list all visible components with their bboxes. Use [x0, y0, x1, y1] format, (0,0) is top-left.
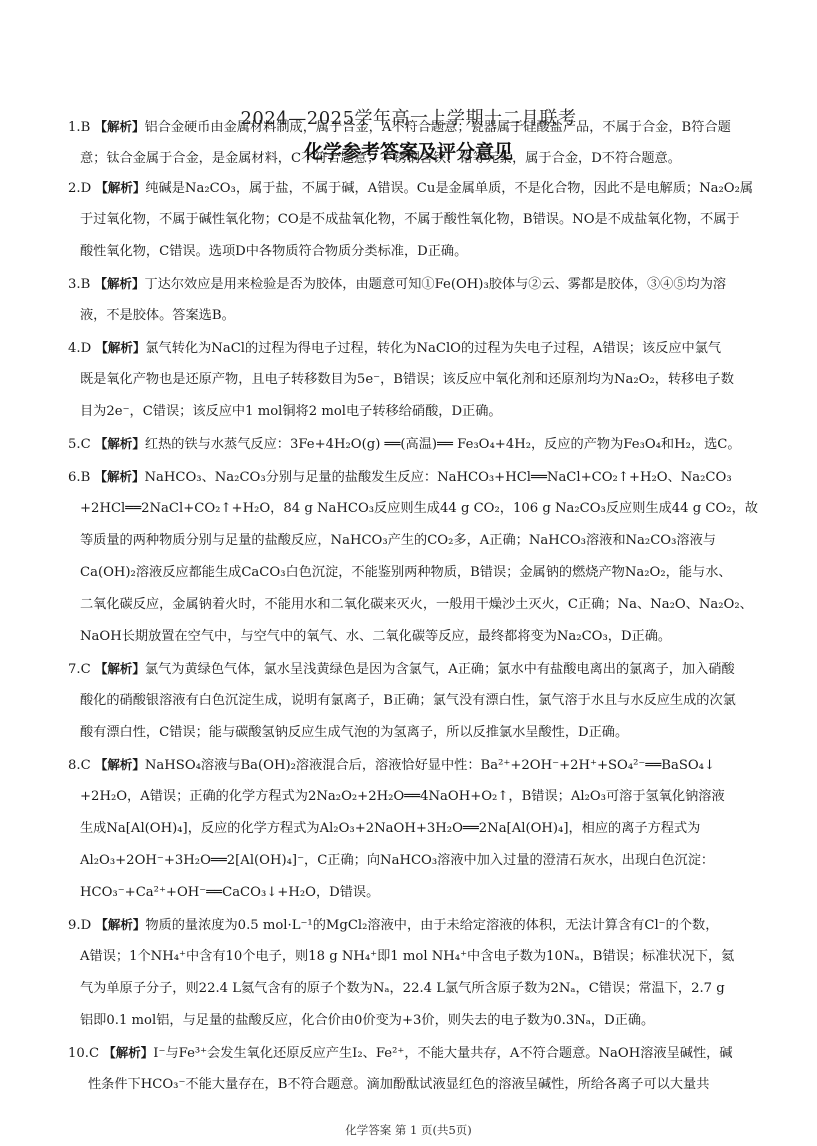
- answer-number: 7.C: [68, 662, 95, 677]
- analysis-tag: 【解析】: [94, 276, 144, 291]
- answer-text: 红热的铁与水蒸气反应：3Fe+4H₂O(g) ══(高温)══ Fe₃O₄+4H…: [145, 437, 741, 452]
- answer-text: +2HCl══2NaCl+CO₂↑+H₂O，84 g NaHCO₃反应则生成44…: [80, 501, 758, 516]
- answer-line: 于过氧化物，不属于碱性氧化物；CO是不成盐氧化物，不属于酸性氧化物，B错误。NO…: [80, 211, 740, 229]
- answer-text: +2H₂O，A错误；正确的化学方程式为2Na₂O₂+2H₂O══4NaOH+O₂…: [80, 789, 725, 804]
- answer-text: 气为单原子分子，则22.4 L氦气含有的原子个数为Nₐ，22.4 L氯气所含原子…: [80, 981, 725, 996]
- analysis-tag: 【解析】: [95, 180, 145, 195]
- answer-text: 铝即0.1 mol铝，与足量的盐酸反应，化合价由0价变为+3价，则失去的电子数为…: [80, 1013, 654, 1028]
- answer-line: +2H₂O，A错误；正确的化学方程式为2Na₂O₂+2H₂O══4NaOH+O₂…: [80, 788, 725, 806]
- answer-line: 酸化的硝酸银溶液有白色沉淀生成，说明有氯离子，B正确；氯气没有漂白性，氯气溶于水…: [80, 692, 736, 710]
- analysis-tag: 【解析】: [95, 436, 145, 451]
- answer-text: 液，不是胶体。答案选B。: [80, 308, 235, 323]
- answer-text: 氯气转化为NaCl的过程为得电子过程，转化为NaClO的过程为失电子过程，A错误…: [145, 341, 721, 356]
- answer-number: 6.B: [68, 470, 94, 485]
- analysis-tag: 【解析】: [94, 119, 144, 134]
- analysis-tag: 【解析】: [95, 340, 145, 355]
- answer-number: 1.B: [68, 120, 94, 135]
- answer-line: 既是氧化产物也是还原产物，且电子转移数目为5e⁻，B错误；该反应中氧化剂和还原剂…: [80, 371, 734, 389]
- answer-text: 生成Na[Al(OH)₄]，反应的化学方程式为Al₂O₃+2NaOH+3H₂O═…: [80, 821, 700, 836]
- answer-text: NaOH长期放置在空气中，与空气中的氧气、水、二氧化碳等反应，最终都将变为Na₂…: [80, 629, 671, 644]
- answer-line: 性条件下HCO₃⁻不能大量存在，B不符合题意。滴加酚酞试液显红色的溶液呈碱性，所…: [88, 1076, 709, 1094]
- answer-item-8C: 8.C 【解析】NaHSO₄溶液与Ba(OH)₂溶液混合后，溶液恰好显中性：Ba…: [68, 756, 715, 775]
- answer-item-5C: 5.C 【解析】红热的铁与水蒸气反应：3Fe+4H₂O(g) ══(高温)══ …: [68, 435, 741, 454]
- answer-line: 意；钛合金属于合金，是金属材料，C不符合题意；不锈钢含铁、铬等元素，属于合金，D…: [80, 150, 681, 168]
- answer-text: Ca(OH)₂溶液反应都能生成CaCO₃白色沉淀，不能鉴别两种物质，B错误；金属…: [80, 565, 732, 580]
- answer-text: HCO₃⁻+Ca²⁺+OH⁻══CaCO₃↓+H₂O，D错误。: [80, 885, 379, 900]
- page-footer: 化学答案 第 1 页(共5页): [0, 1122, 817, 1138]
- answer-text: 二氧化碳反应，金属钠着火时，不能用水和二氧化碳来灭火，一般用干燥沙土灭火，C正确…: [80, 597, 753, 612]
- answer-text: NaHSO₄溶液与Ba(OH)₂溶液混合后，溶液恰好显中性：Ba²⁺+2OH⁻+…: [145, 758, 715, 773]
- answer-text: 酸化的硝酸银溶液有白色沉淀生成，说明有氯离子，B正确；氯气没有漂白性，氯气溶于水…: [80, 693, 736, 708]
- answer-text: 既是氧化产物也是还原产物，且电子转移数目为5e⁻，B错误；该反应中氧化剂和还原剂…: [80, 372, 734, 387]
- answer-line: Al₂O₃+2OH⁻+3H₂O══2[Al(OH)₄]⁻，C正确；向NaHCO₃…: [80, 852, 714, 870]
- answer-line: 液，不是胶体。答案选B。: [80, 307, 235, 325]
- answer-number: 9.D: [68, 918, 95, 933]
- answer-text: 丁达尔效应是用来检验是否为胶体，由题意可知①Fe(OH)₃胶体与②云、雾都是胶体…: [144, 277, 726, 292]
- answer-text: A错误；1个NH₄⁺中含有10个电子，则18 g NH₄⁺即1 mol NH₄⁺…: [80, 949, 734, 964]
- answer-line: NaOH长期放置在空气中，与空气中的氧气、水、二氧化碳等反应，最终都将变为Na₂…: [80, 628, 671, 646]
- answer-text: NaHCO₃、Na₂CO₃分别与足量的盐酸发生反应：NaHCO₃+HCl══Na…: [144, 470, 731, 485]
- answer-number: 10.C: [68, 1046, 103, 1061]
- answer-line: 生成Na[Al(OH)₄]，反应的化学方程式为Al₂O₃+2NaOH+3H₂O═…: [80, 820, 700, 838]
- answer-line: 铝即0.1 mol铝，与足量的盐酸反应，化合价由0价变为+3价，则失去的电子数为…: [80, 1012, 654, 1030]
- analysis-tag: 【解析】: [94, 469, 144, 484]
- answer-number: 8.C: [68, 758, 95, 773]
- answer-line: 等质量的两种物质分别与足量的盐酸反应，NaHCO₃产生的CO₂多，A正确；NaH…: [80, 532, 716, 550]
- answer-text: 纯碱是Na₂CO₃，属于盐，不属于碱，A错误。Cu是金属单质，不是化合物，因此不…: [145, 181, 753, 196]
- answer-line: HCO₃⁻+Ca²⁺+OH⁻══CaCO₃↓+H₂O，D错误。: [80, 884, 379, 902]
- answer-text: 性条件下HCO₃⁻不能大量存在，B不符合题意。滴加酚酞试液显红色的溶液呈碱性，所…: [88, 1077, 709, 1092]
- answer-line: A错误；1个NH₄⁺中含有10个电子，则18 g NH₄⁺即1 mol NH₄⁺…: [80, 948, 734, 966]
- analysis-tag: 【解析】: [103, 1045, 153, 1060]
- answer-text: Al₂O₃+2OH⁻+3H₂O══2[Al(OH)₄]⁻，C正确；向NaHCO₃…: [80, 853, 714, 868]
- answer-text: 氯气为黄绿色气体，氯水呈浅黄绿色是因为含氯气，A正确；氯水中有盐酸电离出的氯离子…: [145, 662, 735, 677]
- answer-item-3B: 3.B 【解析】丁达尔效应是用来检验是否为胶体，由题意可知①Fe(OH)₃胶体与…: [68, 275, 726, 294]
- answer-line: 气为单原子分子，则22.4 L氦气含有的原子个数为Nₐ，22.4 L氯气所含原子…: [80, 980, 725, 998]
- answer-line: +2HCl══2NaCl+CO₂↑+H₂O，84 g NaHCO₃反应则生成44…: [80, 500, 758, 518]
- answer-text: 意；钛合金属于合金，是金属材料，C不符合题意；不锈钢含铁、铬等元素，属于合金，D…: [80, 151, 681, 166]
- answer-text: 于过氧化物，不属于碱性氧化物；CO是不成盐氧化物，不属于酸性氧化物，B错误。NO…: [80, 212, 740, 227]
- answer-line: 目为2e⁻，C错误；该反应中1 mol铜将2 mol电子转移给硝酸，D正确。: [80, 403, 502, 421]
- answer-number: 2.D: [68, 181, 95, 196]
- answer-item-7C: 7.C 【解析】氯气为黄绿色气体，氯水呈浅黄绿色是因为含氯气，A正确；氯水中有盐…: [68, 660, 735, 679]
- analysis-tag: 【解析】: [95, 917, 145, 932]
- answer-number: 5.C: [68, 437, 95, 452]
- answer-text: 目为2e⁻，C错误；该反应中1 mol铜将2 mol电子转移给硝酸，D正确。: [80, 404, 502, 419]
- answer-line: 二氧化碳反应，金属钠着火时，不能用水和二氧化碳来灭火，一般用干燥沙土灭火，C正确…: [80, 596, 753, 614]
- answer-line: 酸性氧化物，C错误。选项D中各物质符合物质分类标准，D正确。: [80, 243, 467, 261]
- answer-text: I⁻与Fe³⁺会发生氧化还原反应产生I₂、Fe²⁺，不能大量共存，A不符合题意。…: [153, 1046, 732, 1061]
- answer-text: 等质量的两种物质分别与足量的盐酸反应，NaHCO₃产生的CO₂多，A正确；NaH…: [80, 533, 716, 548]
- answer-text: 酸有漂白性，C错误；能与碳酸氢钠反应生成气泡的为氢离子，所以反推氯水呈酸性，D正…: [80, 725, 628, 740]
- analysis-tag: 【解析】: [95, 757, 145, 772]
- answer-number: 3.B: [68, 277, 94, 292]
- answer-item-4D: 4.D 【解析】氯气转化为NaCl的过程为得电子过程，转化为NaClO的过程为失…: [68, 339, 721, 358]
- answer-item-1B: 1.B 【解析】铝合金硬币由金属材料制成，属于合金，A不符合题意；瓷器属于硅酸盐…: [68, 118, 731, 137]
- answer-number: 4.D: [68, 341, 95, 356]
- answer-item-2D: 2.D 【解析】纯碱是Na₂CO₃，属于盐，不属于碱，A错误。Cu是金属单质，不…: [68, 179, 753, 198]
- answer-item-10C: 10.C 【解析】I⁻与Fe³⁺会发生氧化还原反应产生I₂、Fe²⁺，不能大量共…: [68, 1044, 733, 1063]
- analysis-tag: 【解析】: [95, 661, 145, 676]
- answer-text: 铝合金硬币由金属材料制成，属于合金，A不符合题意；瓷器属于硅酸盐产品，不属于合金…: [144, 120, 730, 135]
- answer-text: 酸性氧化物，C错误。选项D中各物质符合物质分类标准，D正确。: [80, 244, 467, 259]
- answer-line: 酸有漂白性，C错误；能与碳酸氢钠反应生成气泡的为氢离子，所以反推氯水呈酸性，D正…: [80, 724, 628, 742]
- answer-item-6B: 6.B 【解析】NaHCO₃、Na₂CO₃分别与足量的盐酸发生反应：NaHCO₃…: [68, 468, 732, 487]
- answer-text: 物质的量浓度为0.5 mol·L⁻¹的MgCl₂溶液中，由于未给定溶液的体积，无…: [145, 918, 718, 933]
- answer-item-9D: 9.D 【解析】物质的量浓度为0.5 mol·L⁻¹的MgCl₂溶液中，由于未给…: [68, 916, 718, 935]
- answer-line: Ca(OH)₂溶液反应都能生成CaCO₃白色沉淀，不能鉴别两种物质，B错误；金属…: [80, 564, 732, 582]
